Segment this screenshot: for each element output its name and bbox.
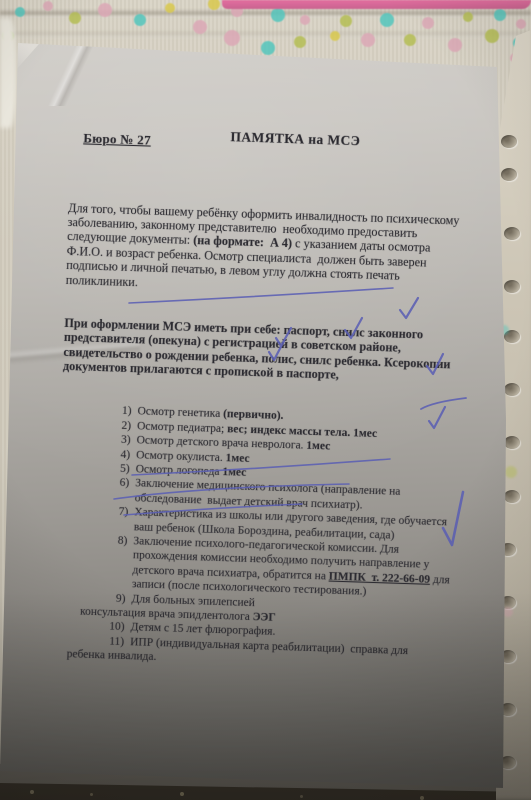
fabric-dot xyxy=(361,33,375,47)
fabric-dot xyxy=(340,15,352,27)
speckle xyxy=(420,796,424,800)
item-number: 2) xyxy=(101,418,131,433)
fabric-dot xyxy=(485,29,499,43)
item-number: 5) xyxy=(100,461,130,476)
requirements-paragraph: При оформлении МСЭ иметь при себе: паспо… xyxy=(63,316,467,387)
document-list: 1)Осмотр генетика (первично).2)Осмотр пе… xyxy=(53,402,463,674)
fabric-dot xyxy=(404,34,416,46)
punch-hole xyxy=(504,227,520,240)
fabric-dot xyxy=(422,17,434,29)
fabric-dot xyxy=(448,38,462,52)
fabric-dot xyxy=(43,1,53,11)
fabric-dot xyxy=(224,30,240,46)
item-number: 4) xyxy=(100,447,130,462)
document-page: Бюро № 27 ПАМЯТКА на МСЭ Для того, чтобы… xyxy=(0,0,531,800)
punch-hole xyxy=(501,168,517,181)
fabric-edge-left xyxy=(0,18,16,128)
fabric-dot xyxy=(516,19,526,29)
fabric-dot xyxy=(193,20,207,34)
speckle xyxy=(300,795,303,798)
page-content: Бюро № 27 ПАМЯТКА на МСЭ Для того, чтобы… xyxy=(53,88,474,703)
fabric-dot xyxy=(69,12,81,24)
fabric-fold xyxy=(0,32,531,38)
item-number: 7) xyxy=(98,504,128,519)
speckle xyxy=(30,790,34,794)
dot-through-strip xyxy=(505,466,517,478)
fabric-dot xyxy=(271,8,285,22)
fabric-dot xyxy=(380,13,394,27)
photo-of-document: Бюро № 27 ПАМЯТКА на МСЭ Для того, чтобы… xyxy=(0,0,531,800)
punch-hole xyxy=(501,135,517,148)
item-number: 1) xyxy=(101,403,131,418)
fabric-dot xyxy=(300,15,310,25)
fabric-dot xyxy=(261,41,275,55)
fabric-dot xyxy=(463,12,473,22)
page-header: Бюро № 27 ПАМЯТКА на МСЭ xyxy=(70,117,473,170)
punch-hole xyxy=(504,436,520,449)
item-number: 6) xyxy=(99,475,129,490)
pink-fabric-trim xyxy=(222,0,531,9)
intro-paragraph: Для того, чтобы вашему ребёнку оформить … xyxy=(66,201,471,300)
speckle xyxy=(180,792,184,796)
dot-through-strip xyxy=(503,607,513,617)
fabric-dot xyxy=(494,9,506,21)
fabric-dot xyxy=(98,3,112,17)
item-number: 8) xyxy=(97,533,127,548)
fabric-dot xyxy=(15,7,25,17)
fabric-dot xyxy=(165,3,175,13)
item-number: 11) xyxy=(94,634,124,649)
punch-hole xyxy=(504,383,520,396)
fabric-dot xyxy=(294,36,306,48)
page-title: ПАМЯТКА на МСЭ xyxy=(230,130,360,149)
bureau-number: Бюро № 27 xyxy=(83,131,151,148)
item-number: 9) xyxy=(95,591,125,606)
punch-hole xyxy=(504,280,520,293)
fabric-dot xyxy=(330,31,340,41)
speckle xyxy=(90,793,93,796)
item-number: 3) xyxy=(100,432,130,447)
punch-hole xyxy=(504,490,520,503)
fabric-dot xyxy=(134,14,146,26)
item-number: 10) xyxy=(94,619,124,634)
